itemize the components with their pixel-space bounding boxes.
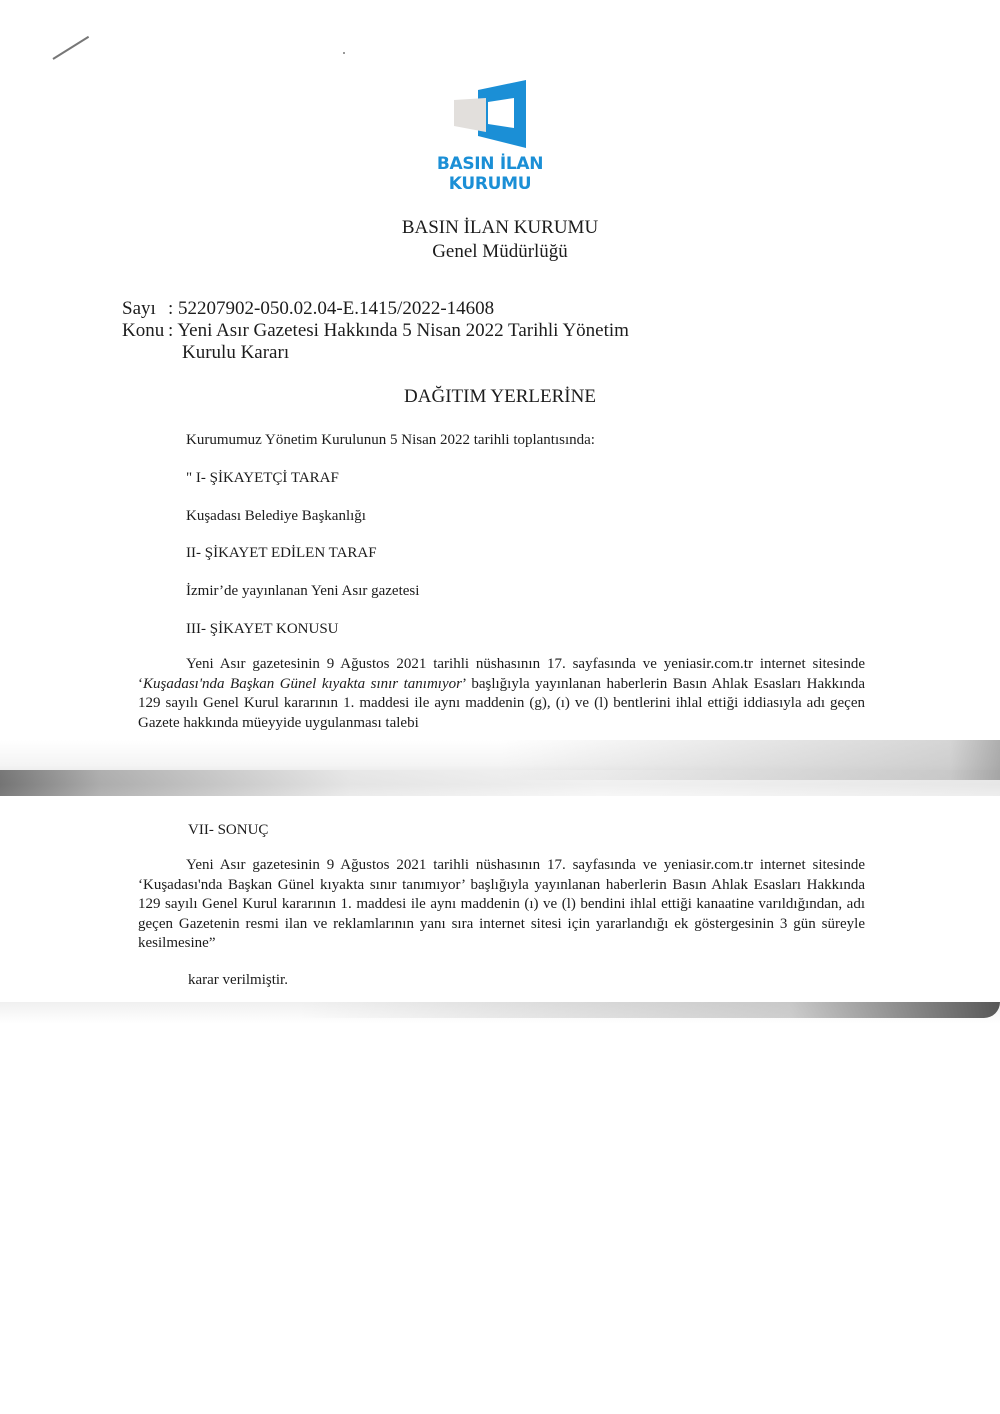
scan-dot-mark: [343, 52, 345, 54]
sayi-value: : 52207902-050.02.04-E.1415/2022-14608: [168, 298, 494, 320]
sayi-label: Sayı: [122, 298, 156, 320]
section-complainant-title: " I- ŞİKAYETÇİ TARAF: [186, 468, 339, 488]
logo-wordmark: BASIN İLAN KURUMU: [420, 154, 560, 194]
konu-label: Konu: [122, 320, 164, 342]
konu-value: : Yeni Asır Gazetesi Hakkında 5 Nisan 20…: [168, 320, 629, 342]
section-subject-paragraph: Yeni Asır gazetesinin 9 Ağustos 2021 tar…: [138, 655, 865, 733]
section-result-title: VII- SONUÇ: [188, 820, 268, 840]
org-name: BASIN İLAN KURUMU: [300, 216, 700, 240]
logo-line-1: BASIN İLAN: [420, 154, 560, 174]
scan-fold-shadow: [0, 740, 1000, 796]
department-name: Genel Müdürlüğü: [300, 240, 700, 264]
section-result-paragraph: Yeni Asır gazetesinin 9 Ağustos 2021 tar…: [138, 856, 865, 954]
news-headline: Kuşadası'nda Başkan Günel kıyakta sınır …: [143, 676, 462, 692]
section-respondent-title: II- ŞİKAYET EDİLEN TARAF: [186, 543, 377, 563]
section-subject-title: III- ŞİKAYET KONUSU: [186, 619, 339, 639]
section-complainant-value: Kuşadası Belediye Başkanlığı: [186, 506, 366, 526]
logo-line-2: KURUMU: [420, 174, 560, 194]
intro-text: Kurumumuz Yönetim Kurulunun 5 Nisan 2022…: [186, 430, 595, 450]
scan-edge-shadow: [0, 1002, 1000, 1024]
konu-value-continued: Kurulu Kararı: [182, 342, 289, 364]
distribution-heading: DAĞITIM YERLERİNE: [300, 385, 700, 409]
logo-box-icon: [440, 78, 540, 153]
pen-stroke-mark: [52, 36, 89, 60]
section-respondent-value: İzmir’de yayınlanan Yeni Asır gazetesi: [186, 581, 419, 601]
closing-text: karar verilmiştir.: [188, 970, 288, 990]
